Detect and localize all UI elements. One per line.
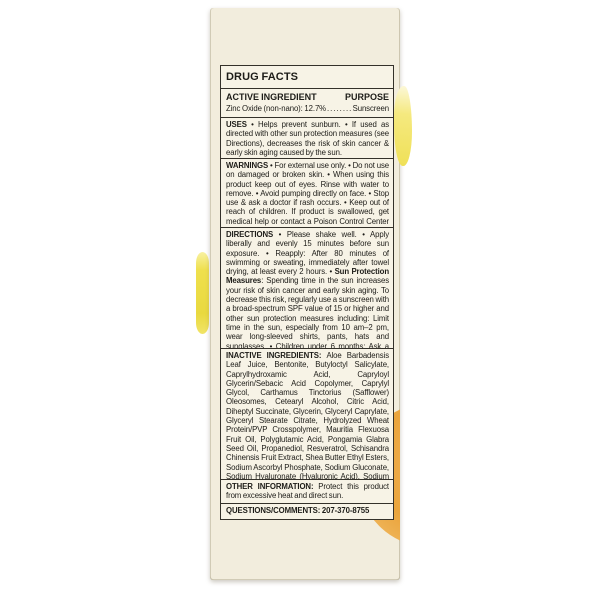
section-text: • For external use only. • Do not use on…: [226, 161, 389, 227]
dot-leader: ..........: [326, 103, 353, 114]
directions-section: DIRECTIONS • Please shake well. • Apply …: [221, 227, 393, 348]
active-ingredient-name: Zinc Oxide (non-nano): 12.7%: [226, 103, 326, 114]
drug-facts-table: DRUG FACTS ACTIVE INGREDIENT PURPOSE Zin…: [220, 65, 394, 520]
section-heading: DIRECTIONS: [226, 230, 279, 239]
screenshot-stage: DRUG FACTS ACTIVE INGREDIENT PURPOSE Zin…: [0, 0, 600, 600]
yellow-petal-decoration: [394, 86, 412, 166]
drug-facts-title: DRUG FACTS: [221, 66, 393, 88]
uses-section: USES • Helps prevent sunburn. • If used …: [221, 117, 393, 158]
section-heading: OTHER INFORMATION:: [226, 482, 318, 491]
section-heading: WARNINGS: [226, 161, 270, 170]
product-label-panel: DRUG FACTS ACTIVE INGREDIENT PURPOSE Zin…: [210, 8, 400, 580]
active-ingredient-row: ACTIVE INGREDIENT PURPOSE Zinc Oxide (no…: [221, 88, 393, 117]
section-heading: QUESTIONS/COMMENTS: 207-370-8755: [226, 506, 369, 515]
active-ingredient-label: ACTIVE INGREDIENT: [226, 92, 317, 103]
questions-comments-section: QUESTIONS/COMMENTS: 207-370-8755: [221, 503, 393, 519]
section-text: Aloe Barbadensis Leaf Juice, Bentonite, …: [226, 351, 389, 479]
section-text: • Helps prevent sunburn. • If used as di…: [226, 120, 389, 157]
active-ingredient-header: ACTIVE INGREDIENT PURPOSE: [226, 92, 389, 103]
other-information-section: OTHER INFORMATION: Protect this product …: [221, 479, 393, 503]
yellow-strip-decoration: [196, 252, 209, 334]
inactive-ingredients-section: INACTIVE INGREDIENTS: Aloe Barbadensis L…: [221, 348, 393, 479]
active-ingredient-value-line: Zinc Oxide (non-nano): 12.7% .......... …: [226, 103, 389, 114]
section-heading: USES: [226, 120, 251, 129]
warnings-section: WARNINGS • For external use only. • Do n…: [221, 158, 393, 227]
section-text: : Spending time in the sun increases you…: [226, 276, 389, 348]
section-heading: INACTIVE INGREDIENTS:: [226, 351, 326, 360]
active-ingredient-purpose: Sunscreen: [353, 103, 389, 114]
purpose-label: PURPOSE: [345, 92, 389, 103]
